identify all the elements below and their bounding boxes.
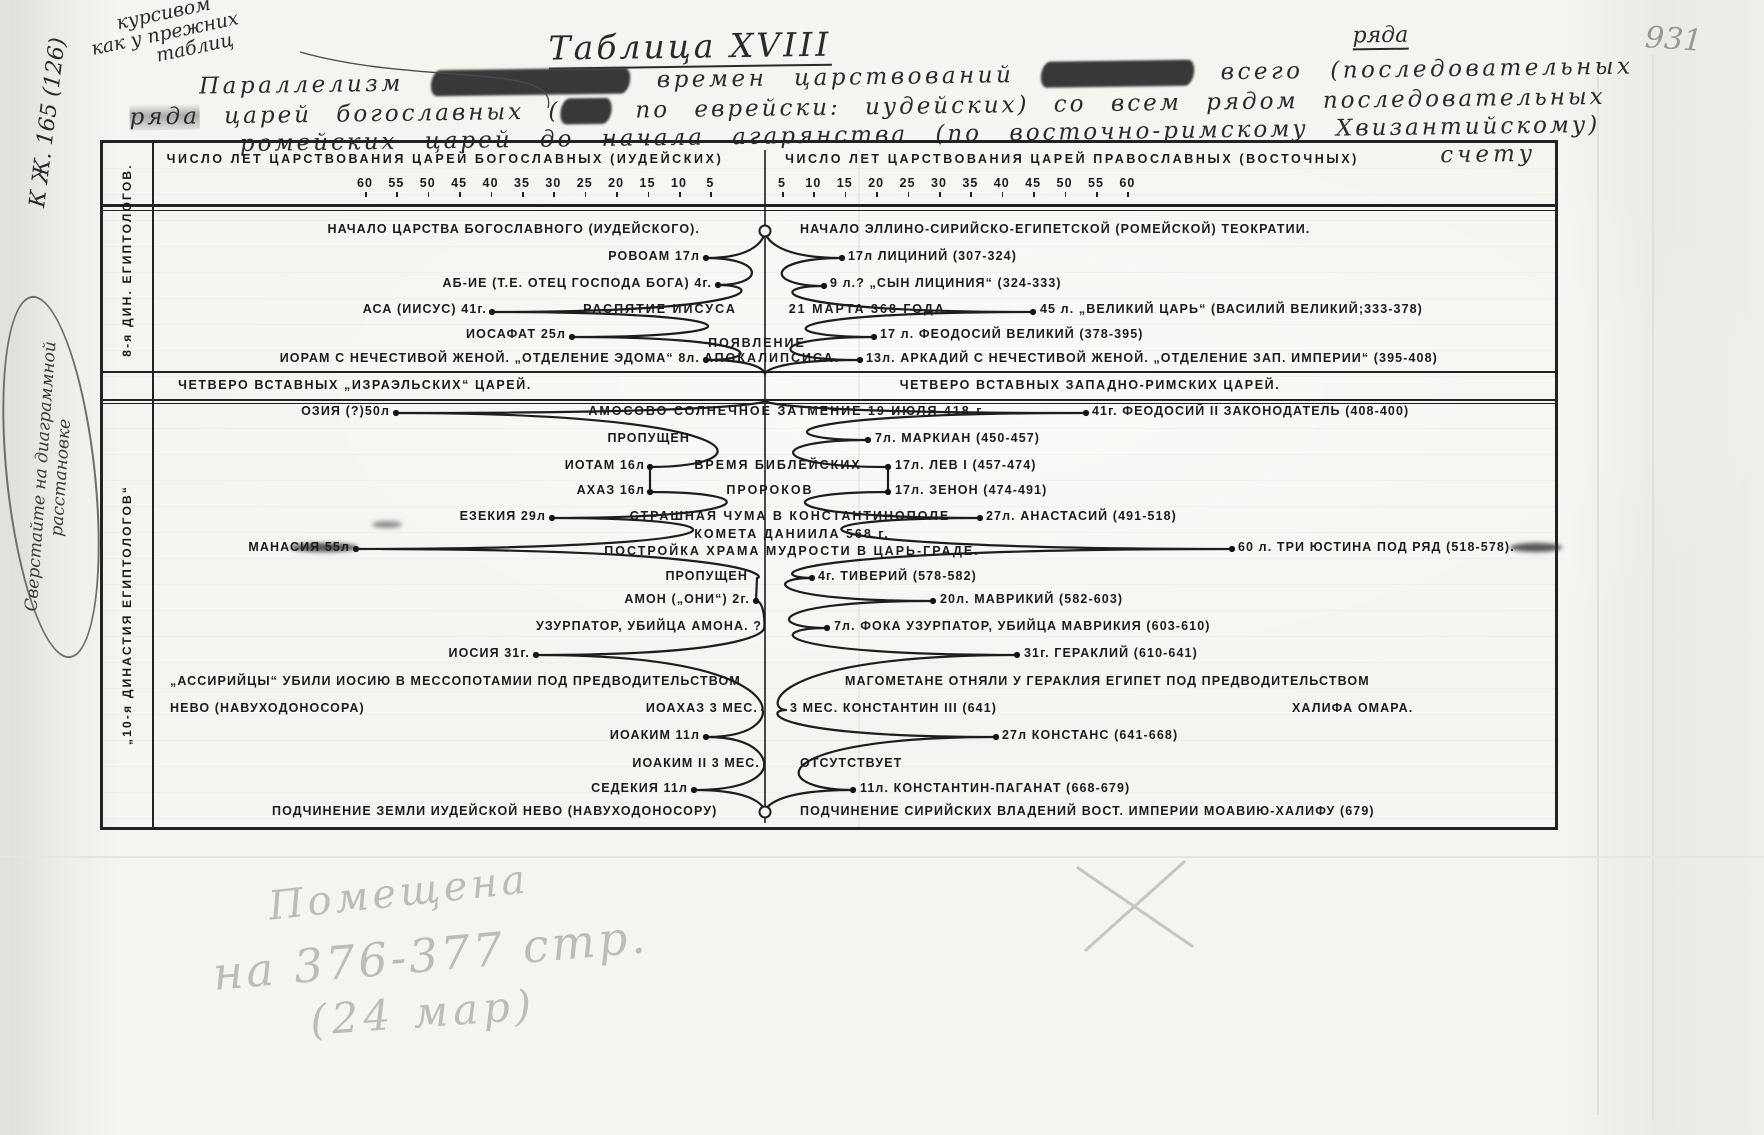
timeline-dot [885,464,891,470]
timeline-dot [871,334,877,340]
timeline-dot [809,575,815,581]
timeline-dot [703,255,709,261]
margin-note-connector [300,52,549,108]
spine-top-node [760,226,771,237]
timeline-dot [1229,546,1235,552]
timeline-dot [393,410,399,416]
timeline-dot [865,437,871,443]
timeline-dot [1030,309,1036,315]
timeline-dot [647,489,653,495]
spindle-curve-left_chain_1 [492,231,765,374]
timeline-dot [1014,652,1020,658]
timeline-dot [353,546,359,552]
timeline-curves [0,0,1764,1135]
timeline-dot [753,598,759,604]
timeline-dot [824,625,830,631]
spindle-curve-left_chain_2 [356,401,765,812]
timeline-dot [839,255,845,261]
timeline-dot [850,787,856,793]
scan-page: { "margins": { "corner_number": "931", "… [0,0,1764,1135]
timeline-dot [885,489,891,495]
pencil-x-mark [1078,862,1192,950]
timeline-dot [977,515,983,521]
spindle-curve-right_chain_1 [765,231,1033,374]
timeline-dot [489,309,495,315]
timeline-dot [647,464,653,470]
timeline-dot [691,787,697,793]
timeline-dot [821,283,827,289]
spine-bottom-node [760,807,771,818]
timeline-dot [930,598,936,604]
timeline-dot [703,734,709,740]
timeline-dot [993,734,999,740]
spindle-curve-right_chain_2 [765,401,1232,812]
timeline-dot [549,515,555,521]
timeline-dot [533,652,539,658]
timeline-dot [569,334,575,340]
timeline-dot [857,357,863,363]
timeline-dot [703,357,709,363]
timeline-dot [1083,410,1089,416]
timeline-dot [715,282,721,288]
